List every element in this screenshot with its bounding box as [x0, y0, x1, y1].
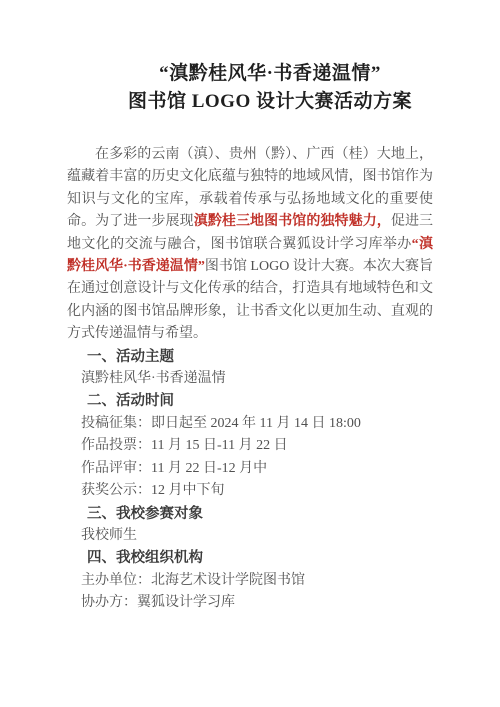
section-item: 投稿征集：即日起至 2024 年 11 月 14 日 18:00: [67, 413, 433, 435]
document-title-line-2: 图书馆 LOGO 设计大赛活动方案: [40, 88, 500, 116]
section-item: 协办方：翼狐设计学习库: [67, 592, 433, 614]
sections-container: 一、活动主题滇黔桂风华·书香递温情二、活动时间投稿征集：即日起至 2024 年 …: [67, 346, 433, 615]
section-item: 作品投票：11 月 15 日-11 月 22 日: [67, 435, 433, 457]
section-item: 滇黔桂风华·书香递温情: [67, 368, 433, 390]
document-title: “滇黔桂风华·书香递温情” 图书馆 LOGO 设计大赛活动方案: [0, 60, 500, 116]
section-item: 主办单位：北海艺术设计学院图书馆: [67, 570, 433, 592]
section-item: 我校师生: [67, 525, 433, 547]
section-heading-2: 二、活动时间: [67, 390, 433, 412]
document-body: 在多彩的云南（滇）、贵州（黔）、广西（桂）大地上，蕴藏着丰富的历史文化底蕴与独特…: [67, 144, 433, 615]
section-heading-1: 一、活动主题: [67, 346, 433, 368]
section-heading-4: 四、我校组织机构: [67, 547, 433, 569]
intro-paragraph: 在多彩的云南（滇）、贵州（黔）、广西（桂）大地上，蕴藏着丰富的历史文化底蕴与独特…: [67, 144, 433, 346]
document-page: “滇黔桂风华·书香递温情” 图书馆 LOGO 设计大赛活动方案 在多彩的云南（滇…: [0, 0, 500, 707]
section-item: 获奖公示：12 月中下旬: [67, 480, 433, 502]
document-title-line-1: “滇黔桂风华·书香递温情”: [40, 60, 500, 88]
intro-highlight-segment: 滇黔桂三地图书馆的独特魅力，: [194, 214, 391, 229]
section-item: 作品评审：11 月 22 日-12 月中: [67, 458, 433, 480]
section-heading-3: 三、我校参赛对象: [67, 503, 433, 525]
